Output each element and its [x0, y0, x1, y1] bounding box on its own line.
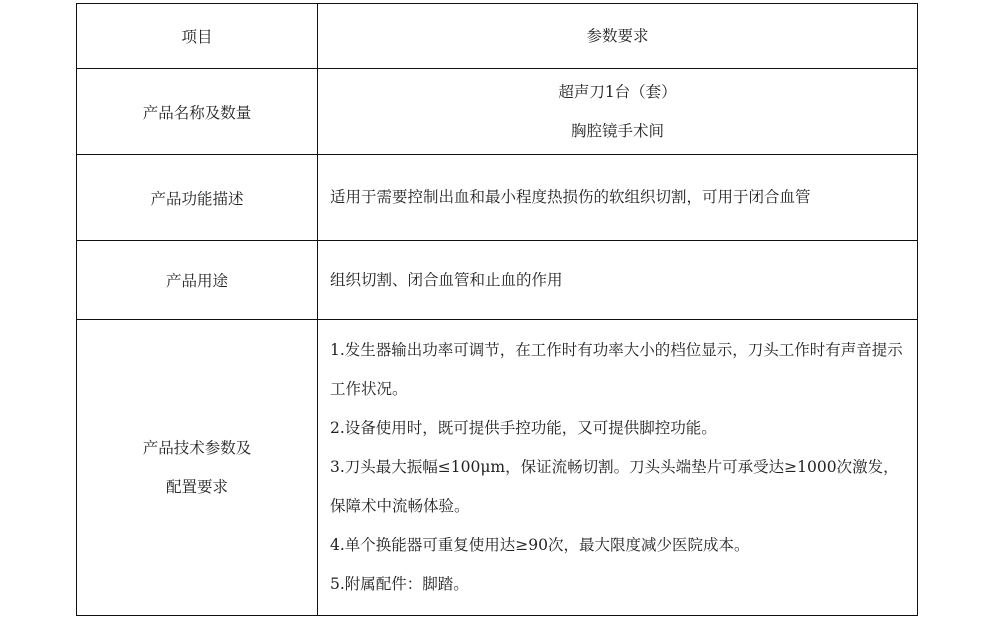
row-key-function: 产品功能描述: [77, 155, 318, 241]
table-row: 产品技术参数及 配置要求 1.发生器输出功率可调节，在工作时有功率大小的档位显示…: [77, 320, 918, 616]
row-value-function: 适用于需要控制出血和最小程度热损伤的软组织切割，可用于闭合血管: [318, 155, 918, 241]
tech-params-key-line-2: 配置要求: [89, 468, 305, 507]
tech-item-5: 5.附属配件：脚踏。: [330, 565, 905, 604]
row-key-product-name: 产品名称及数量: [77, 69, 318, 155]
product-name-line: 超声刀1台（套）: [330, 73, 905, 112]
tech-item-3: 3.刀头最大振幅≤100μm，保证流畅切割。刀头头端垫片可承受达≥1000次激发…: [330, 448, 905, 526]
product-location-line: 胸腔镜手术间: [330, 112, 905, 151]
row-value-product-name: 超声刀1台（套） 胸腔镜手术间: [318, 69, 918, 155]
row-value-usage: 组织切割、闭合血管和止血的作用: [318, 241, 918, 320]
table-row: 产品名称及数量 超声刀1台（套） 胸腔镜手术间: [77, 69, 918, 155]
tech-item-4: 4.单个换能器可重复使用达≥90次，最大限度减少医院成本。: [330, 526, 905, 565]
tech-item-1: 1.发生器输出功率可调节，在工作时有功率大小的档位显示，刀头工作时有声音提示工作…: [330, 331, 905, 409]
spec-table: 项目 参数要求 产品名称及数量 超声刀1台（套） 胸腔镜手术间 产品功能描述 适…: [76, 3, 918, 616]
row-value-tech-params: 1.发生器输出功率可调节，在工作时有功率大小的档位显示，刀头工作时有声音提示工作…: [318, 320, 918, 616]
header-requirement: 参数要求: [318, 4, 918, 69]
header-item: 项目: [77, 4, 318, 69]
tech-params-key-line-1: 产品技术参数及: [89, 429, 305, 468]
tech-item-2: 2.设备使用时，既可提供手控功能，又可提供脚控功能。: [330, 409, 905, 448]
row-key-usage: 产品用途: [77, 241, 318, 320]
table-row: 产品用途 组织切割、闭合血管和止血的作用: [77, 241, 918, 320]
row-key-tech-params: 产品技术参数及 配置要求: [77, 320, 318, 616]
table-row: 产品功能描述 适用于需要控制出血和最小程度热损伤的软组织切割，可用于闭合血管: [77, 155, 918, 241]
table-header-row: 项目 参数要求: [77, 4, 918, 69]
